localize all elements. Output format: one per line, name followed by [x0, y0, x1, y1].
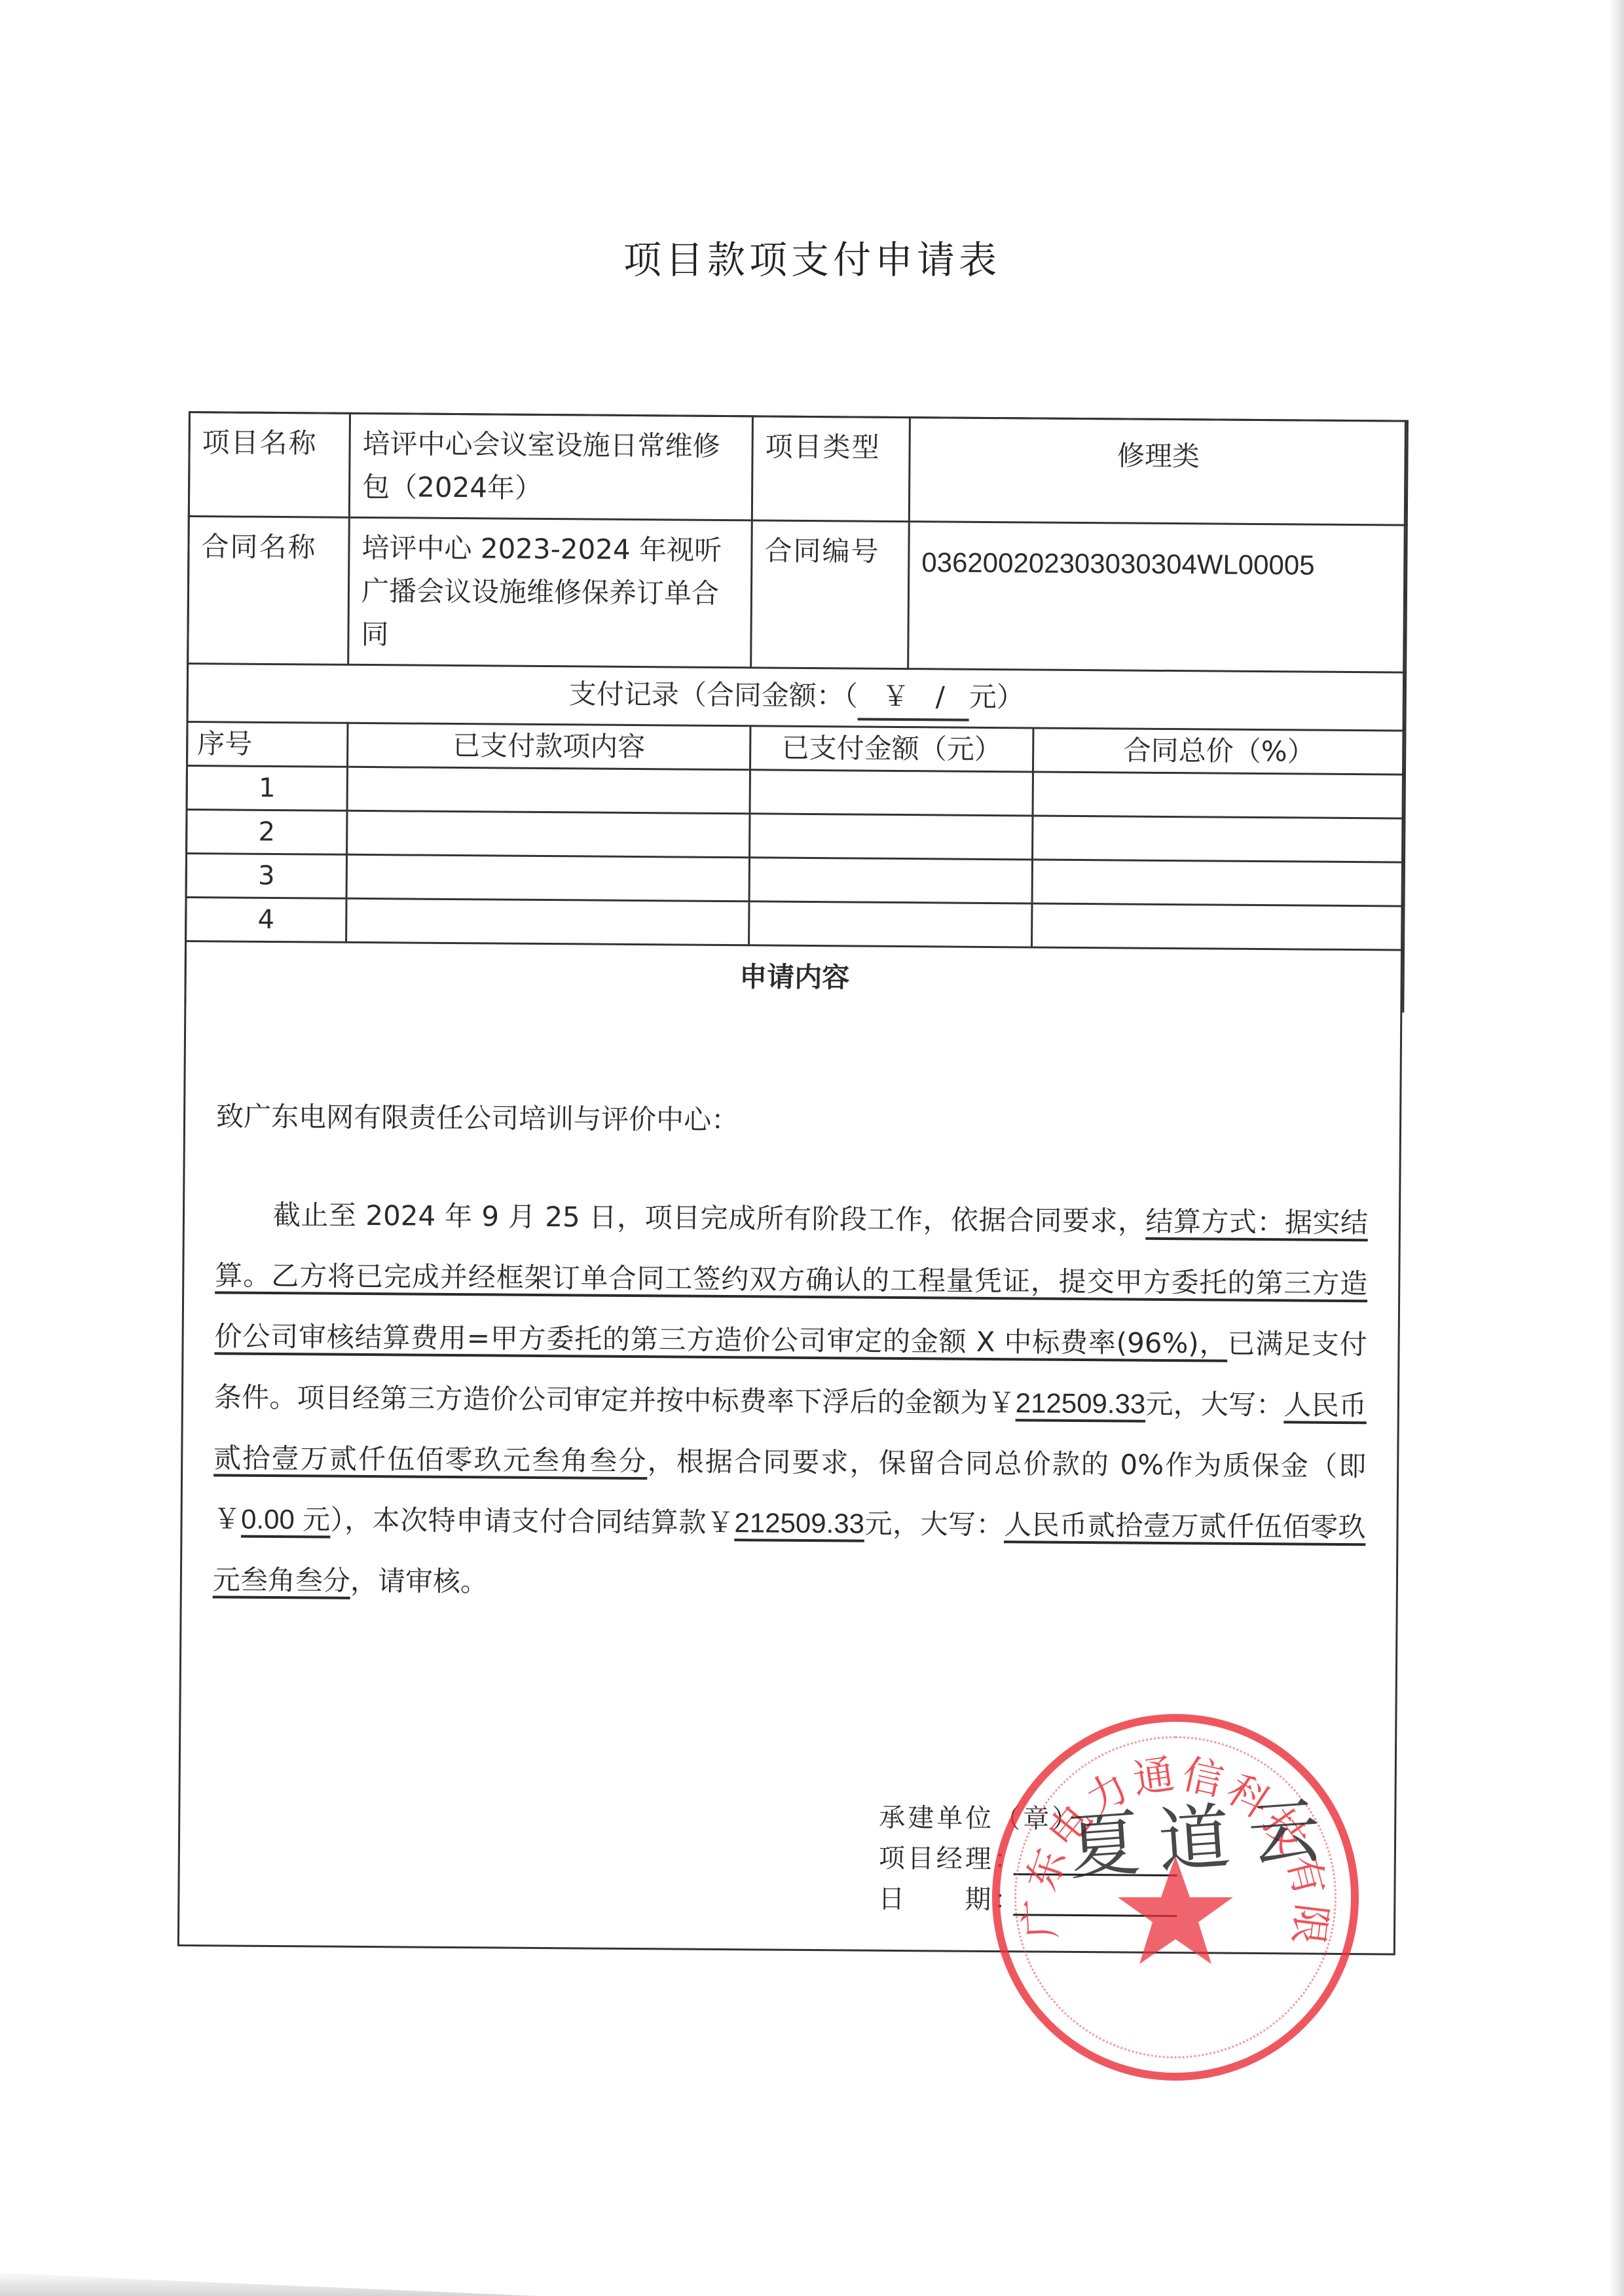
col-header-percent: 合同总价（%） — [1033, 728, 1405, 774]
project-type-label: 项目类型 — [752, 416, 910, 522]
contract-amount-value: / — [936, 680, 946, 712]
row-content — [346, 854, 749, 902]
row-content — [347, 811, 750, 858]
row-no: 3 — [186, 853, 346, 898]
contract-no-label: 合同编号 — [751, 520, 910, 669]
retention-amount: 0.00 元 — [241, 1504, 331, 1535]
row-percent — [1032, 860, 1404, 906]
project-name-row: 项目名称 培评中心会议室设施日常维修包（2024年） 项目类型 修理类 — [189, 412, 1407, 526]
approved-amount: 212509.33 — [1016, 1387, 1146, 1419]
form-table: 项目名称 培评中心会议室设施日常维修包（2024年） 项目类型 修理类 合同名称… — [184, 411, 1409, 1013]
row-amount — [750, 814, 1033, 860]
row-percent — [1033, 772, 1405, 818]
row-no: 4 — [186, 897, 346, 942]
contract-name-label: 合同名称 — [188, 517, 350, 665]
payment-record-heading: 支付记录（合同金额：（￥ /元） — [187, 664, 1406, 731]
row-amount — [749, 858, 1032, 903]
para-part-1: 截止至 2024 年 9 月 25 日，项目完成所有阶段工作，依据合同要求， — [273, 1199, 1146, 1237]
para-part-7: ，请审核。 — [350, 1565, 488, 1598]
application-section-heading-row: 申请内容 — [185, 941, 1404, 1012]
project-type-value: 修理类 — [909, 418, 1407, 526]
row-amount — [750, 770, 1033, 816]
page-title: 项目款项支付申请表 — [0, 229, 1624, 284]
row-amount — [749, 902, 1032, 947]
row-content — [346, 898, 749, 945]
contract-name-value: 培评中心 2023-2024 年视听广播会议设施维修保养订单合同 — [348, 517, 752, 668]
contract-amount-blank: ￥ / — [858, 675, 970, 721]
scan-edge — [1610, 0, 1624, 2296]
addressee: 致广东电网有限责任公司培训与评价中心： — [216, 1085, 1369, 1155]
col-header-content: 已支付款项内容 — [348, 723, 750, 770]
application-paragraph: 截止至 2024 年 9 月 25 日，项目完成所有阶段工作，依据合同要求，结算… — [213, 1184, 1369, 1618]
col-header-amount: 已支付金额（元） — [750, 726, 1033, 772]
currency-symbol: ￥ — [882, 680, 910, 712]
project-name-value: 培评中心会议室设施日常维修包（2024年） — [349, 413, 752, 520]
section-title: 申请内容 — [185, 941, 1404, 1012]
project-name-label: 项目名称 — [189, 412, 350, 518]
payment-heading-prefix: 支付记录（合同金额：（ — [569, 678, 858, 712]
para-part-5: ），本次特申请支付合同结算款￥ — [330, 1504, 734, 1539]
row-percent — [1033, 816, 1405, 862]
contract-no-value: 036200202303030304WL00005 — [908, 522, 1407, 673]
manager-handwritten-signature: 夏道云 — [1064, 1772, 1342, 1893]
row-no: 1 — [187, 765, 347, 811]
payment-record-heading-row: 支付记录（合同金额：（￥ /元） — [187, 664, 1406, 731]
row-percent — [1032, 903, 1404, 950]
col-header-no: 序号 — [187, 721, 348, 767]
row-content — [347, 767, 750, 814]
row-no: 2 — [187, 809, 347, 854]
contract-name-row: 合同名称 培评中心 2023-2024 年视听广播会议设施维修保养订单合同 合同… — [188, 517, 1407, 673]
scan-shadow — [0, 2270, 537, 2296]
request-amount: 212509.33 — [734, 1507, 864, 1539]
company-seal-stamp: 广东电力通信科技有限公司 — [992, 1714, 1359, 2081]
para-part-6: 元，大写： — [864, 1508, 1005, 1541]
para-part-3: 元，大写： — [1145, 1388, 1284, 1421]
payment-heading-suffix: 元） — [969, 681, 1024, 714]
